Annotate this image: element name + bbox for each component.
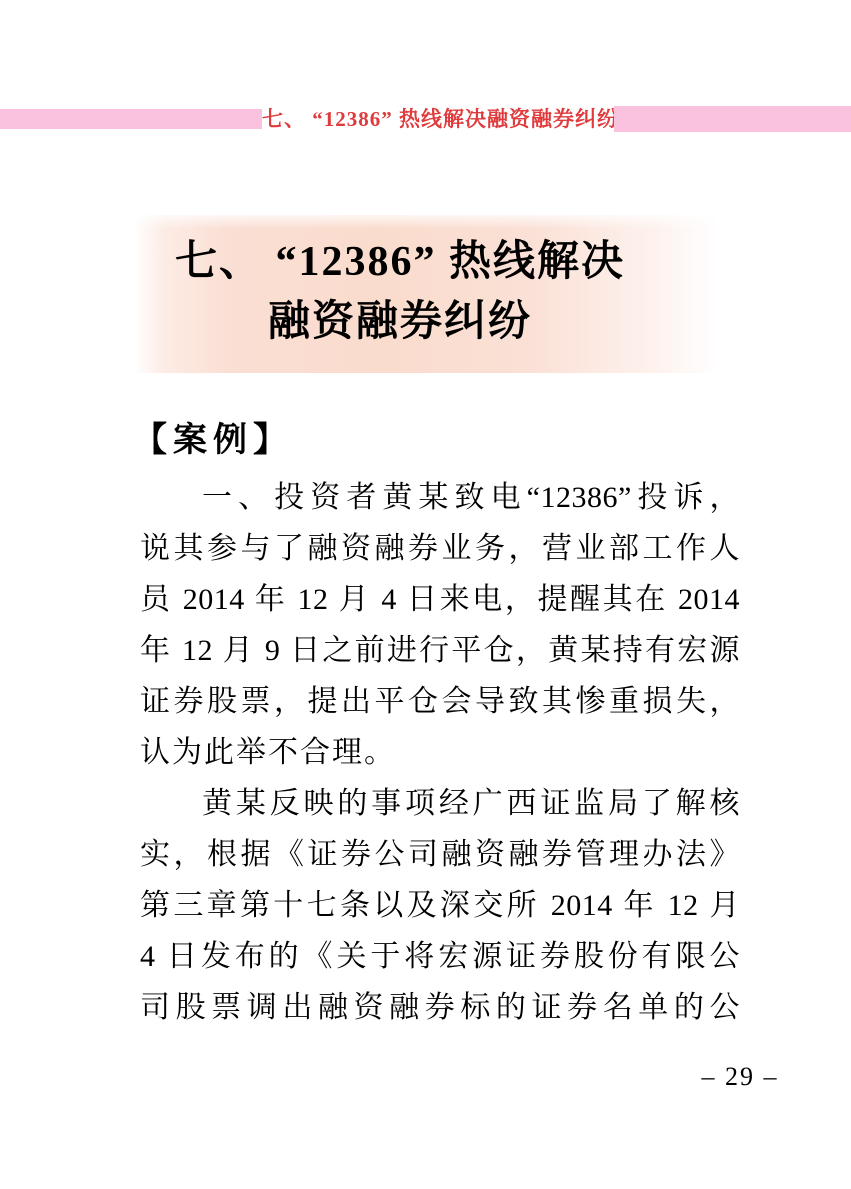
- chapter-title-block: 七、 “12386” 热线解决 融资融券纠纷: [134, 215, 718, 373]
- paragraph2-line: 实，根据《证券公司融资融券管理办法》: [140, 829, 740, 880]
- header-decor-bar-left: [0, 109, 262, 129]
- paragraph1-line: 一、投资者黄某致电“12386”投诉，: [140, 472, 740, 523]
- paragraph1-line: 年 12 月 9 日之前进行平仓，黄某持有宏源: [140, 625, 740, 676]
- paragraph2-line: 4 日发布的《关于将宏源证券股份有限公: [140, 931, 740, 982]
- paragraph2-line: 司股票调出融资融券标的证券名单的公: [140, 982, 740, 1033]
- book-page: 七、 “12386” 热线解决融资融券纠纷 七、 “12386” 热线解决 融资…: [0, 0, 851, 1189]
- page-number: – 29 –: [660, 1062, 820, 1092]
- paragraph1-line: 证券股票，提出平仓会导致其惨重损失，: [140, 676, 740, 727]
- paragraph2-line: 第三章第十七条以及深交所 2014 年 12 月: [140, 880, 740, 931]
- case-heading: 【案例】: [133, 412, 293, 461]
- running-header-title: 七、 “12386” 热线解决融资融券纠纷: [262, 103, 614, 133]
- header-decor-bar-right: [614, 106, 851, 132]
- paragraph1-line: 认为此举不合理。: [140, 727, 740, 778]
- paragraph1-line: 说其参与了融资融券业务，营业部工作人: [140, 523, 740, 574]
- paragraph2-line: 黄某反映的事项经广西证监局了解核: [140, 778, 740, 829]
- chapter-title-line2: 融资融券纠纷: [134, 292, 666, 352]
- chapter-title-line1: 七、 “12386” 热线解决: [134, 232, 666, 292]
- paragraph1-line: 员 2014 年 12 月 4 日来电，提醒其在 2014: [140, 574, 740, 625]
- body-text: 一、投资者黄某致电“12386”投诉， 说其参与了融资融券业务，营业部工作人 员…: [140, 472, 740, 1033]
